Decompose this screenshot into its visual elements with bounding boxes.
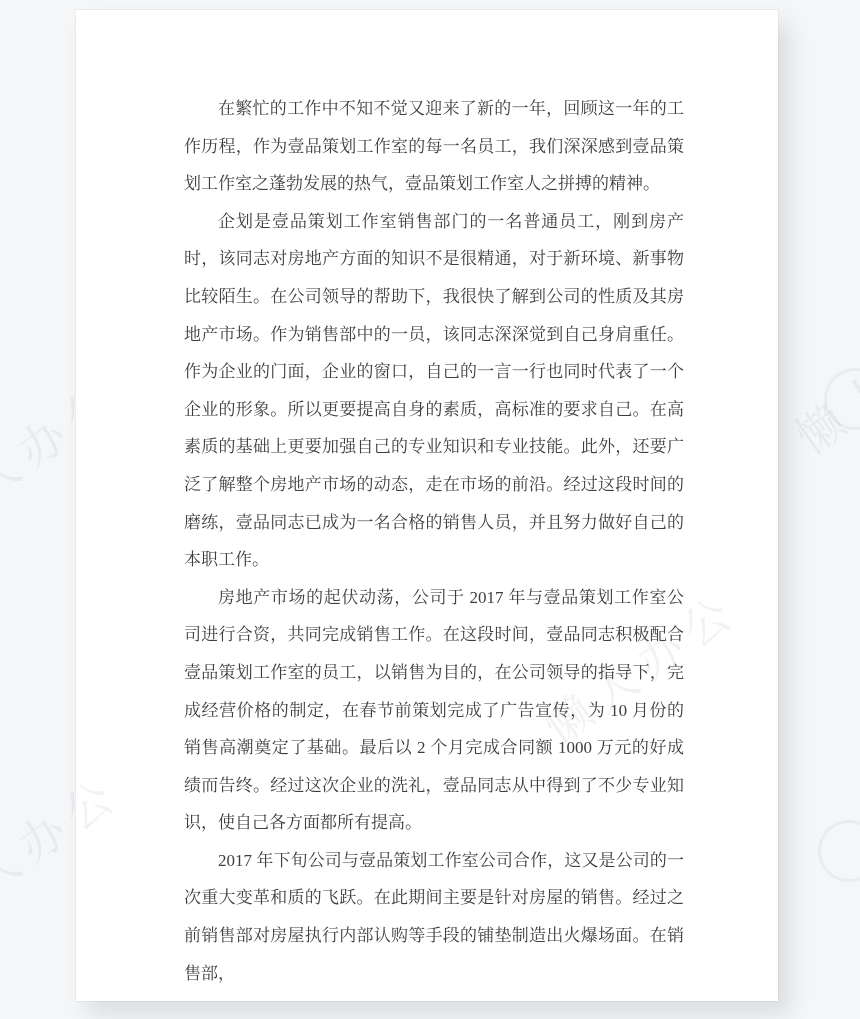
paragraph: 企划是壹品策划工作室销售部门的一名普通员工，刚到房产时，该同志对房地产方面的知识… <box>184 203 684 579</box>
paragraph: 2017 年下旬公司与壹品策划工作室公司合作，这又是公司的一次重大变革和质的飞跃… <box>184 842 684 992</box>
watermark-text: 懒人办公 <box>781 284 860 467</box>
document-page: 在繁忙的工作中不知不觉又迎来了新的一年，回顾这一年的工作历程，作为壹品策划工作室… <box>76 10 778 1001</box>
watermark-logo-swirl-icon <box>818 820 860 882</box>
paragraph: 房地产市场的起伏动荡，公司于 2017 年与壹品策划工作室公司进行合资，共同完成… <box>184 579 684 842</box>
watermark-logo-swirl-icon <box>824 368 860 430</box>
paragraph: 在繁忙的工作中不知不觉又迎来了新的一年，回顾这一年的工作历程，作为壹品策划工作室… <box>184 90 684 203</box>
document-content: 在繁忙的工作中不知不觉又迎来了新的一年，回顾这一年的工作历程，作为壹品策划工作室… <box>184 90 684 992</box>
